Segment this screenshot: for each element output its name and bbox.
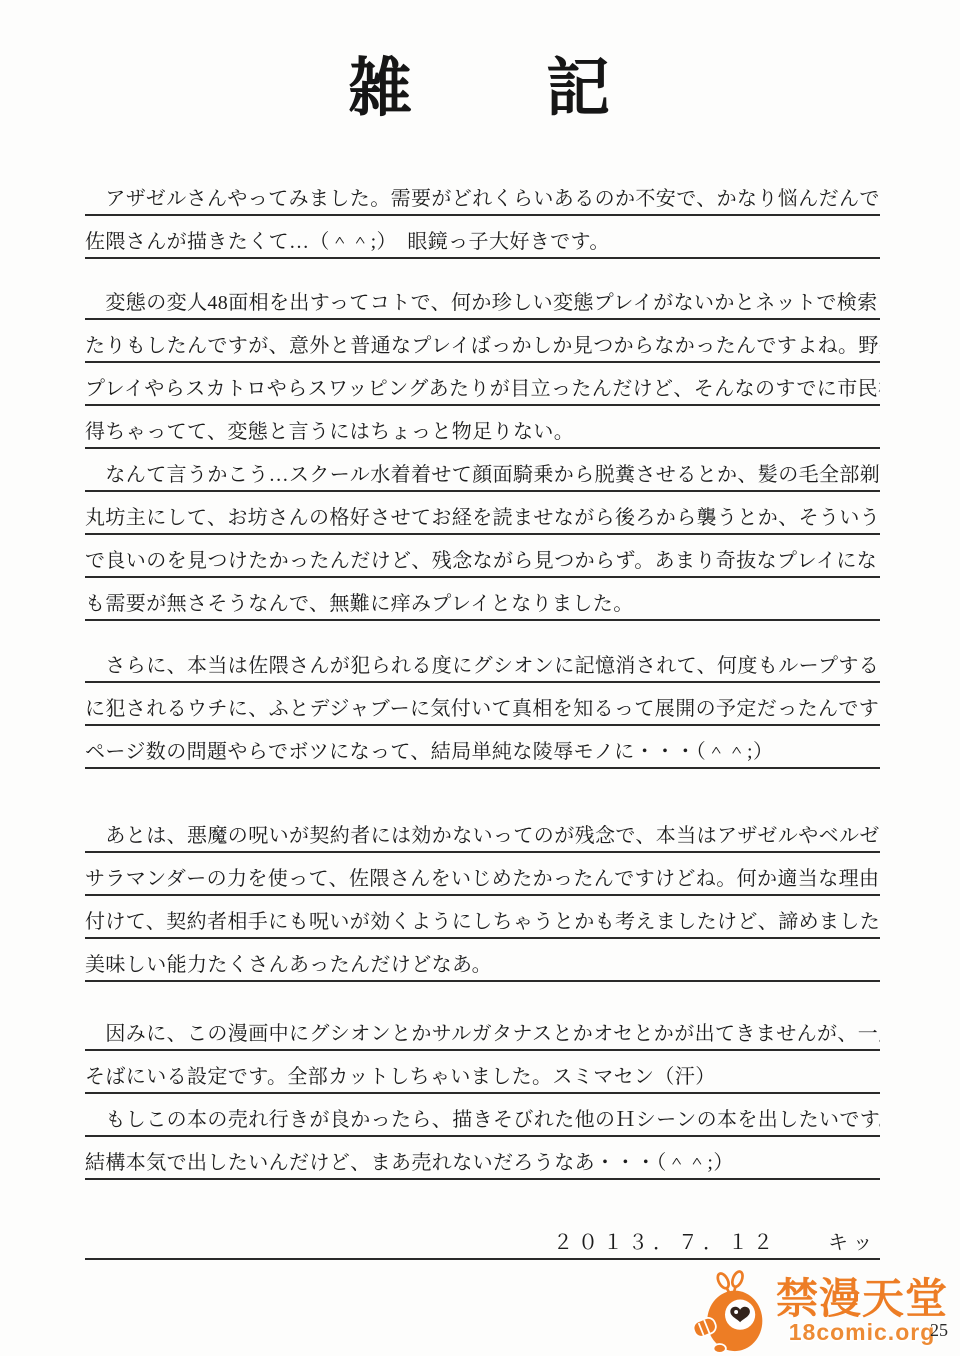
signature-group: ２０１３．７．１２ キッツ (85, 1217, 880, 1260)
paragraph-group: あとは、悪魔の呪いが契約者には効かないってのが残念で、本当はアザゼルやベルゼブブ… (85, 810, 880, 982)
text-line: アザゼルさんやってみました。需要がどれくらいあるのか不安で、かなり悩んだんですが… (85, 173, 880, 216)
text-line: 結構本気で出したいんだけど、まあ売れないだろうなあ・・・（＾＾;） (85, 1137, 880, 1180)
date-author-line: ２０１３．７．１２ キッツ (85, 1217, 880, 1260)
text-line: ページ数の問題やらでボツになって、結局単純な陵辱モノに・・・（＾＾;） (85, 726, 880, 769)
paragraph-group: 変態の変人48面相を出すってコトで、何か珍しい変態プレイがないかとネットで検索し… (85, 277, 880, 621)
text-line: 得ちゃってて、変態と言うにはちょっと物足りない。 (85, 406, 880, 449)
text-line: あとは、悪魔の呪いが契約者には効かないってのが残念で、本当はアザゼルやベルゼブブ… (85, 810, 880, 853)
mascot-icon (693, 1266, 773, 1356)
text-line: で良いのを見つけたかったんだけど、残念ながら見つからず。あまり奇抜なプレイになっ… (85, 535, 880, 578)
page-number: 25 (930, 1320, 948, 1341)
text-line: 因みに、この漫画中にグシオンとかサルガタナスとかオセとかが出てきませんが、一応 (85, 1008, 880, 1051)
paragraph-group: アザゼルさんやってみました。需要がどれくらいあるのか不安で、かなり悩んだんですが… (85, 173, 880, 259)
text-line: 佐隈さんが描きたくて…（＾＾;） 眼鏡っ子大好きです。 (85, 216, 880, 259)
text-line: に犯されるウチに、ふとデジャブーに気付いて真相を知るって展開の予定だったんですが… (85, 683, 880, 726)
text-line: なんて言うかこう…スクール水着着せて顔面騎乗から脱糞させるとか、髪の毛全部剃って (85, 449, 880, 492)
watermark-site-url: 18comic.org (789, 1319, 936, 1346)
watermark-text: 禁漫天堂 18comic.org (776, 1278, 948, 1346)
handwritten-notes-body: アザゼルさんやってみました。需要がどれくらいあるのか不安で、かなり悩んだんですが… (85, 173, 880, 1260)
text-line: 丸坊主にして、お坊さんの格好させてお経を読ませながら後ろから襲うとか、そういうプ… (85, 492, 880, 535)
text-line: 付けて、契約者相手にも呪いが効くようにしちゃうとかも考えましたけど、諦めました。 (85, 896, 880, 939)
text-line: もしこの本の売れ行きが良かったら、描きそびれた他のＨシーンの本を出したいです。 (85, 1094, 880, 1137)
paragraph-group: 因みに、この漫画中にグシオンとかサルガタナスとかオセとかが出てきませんが、一応 … (85, 1008, 880, 1180)
text-line: 変態の変人48面相を出すってコトで、何か珍しい変態プレイがないかとネットで検索し (85, 277, 880, 320)
text-line: プレイやらスカトロやらスワッピングあたりが目立ったんだけど、そんなのすでに市民権… (85, 363, 880, 406)
text-line: も需要が無さそうなんで、無難に痒みプレイとなりました。 (85, 578, 880, 621)
text-line: たりもしたんですが、意外と普通なプレイばっかしか見つからなかったんですよね。野外 (85, 320, 880, 363)
text-line: そばにいる設定です。全部カットしちゃいました。スミマセン（汗） (85, 1051, 880, 1094)
date-author-text: ２０１３．７．１２ キッツ (553, 1226, 880, 1255)
text-line: 美味しい能力たくさんあったんだけどなあ。 (85, 939, 880, 982)
text-line: さらに、本当は佐隈さんが犯られる度にグシオンに記憶消されて、何度もループするよう (85, 640, 880, 683)
page-title: 雑 記 (0, 55, 960, 125)
text-line: サラマンダーの力を使って、佐隈さんをいじめたかったんですけどね。何か適当な理由 (85, 853, 880, 896)
watermark-logo: 禁漫天堂 18comic.org (693, 1266, 948, 1356)
watermark-site-name: 禁漫天堂 (776, 1278, 948, 1320)
paragraph-group: さらに、本当は佐隈さんが犯られる度にグシオンに記憶消されて、何度もループするよう… (85, 640, 880, 769)
